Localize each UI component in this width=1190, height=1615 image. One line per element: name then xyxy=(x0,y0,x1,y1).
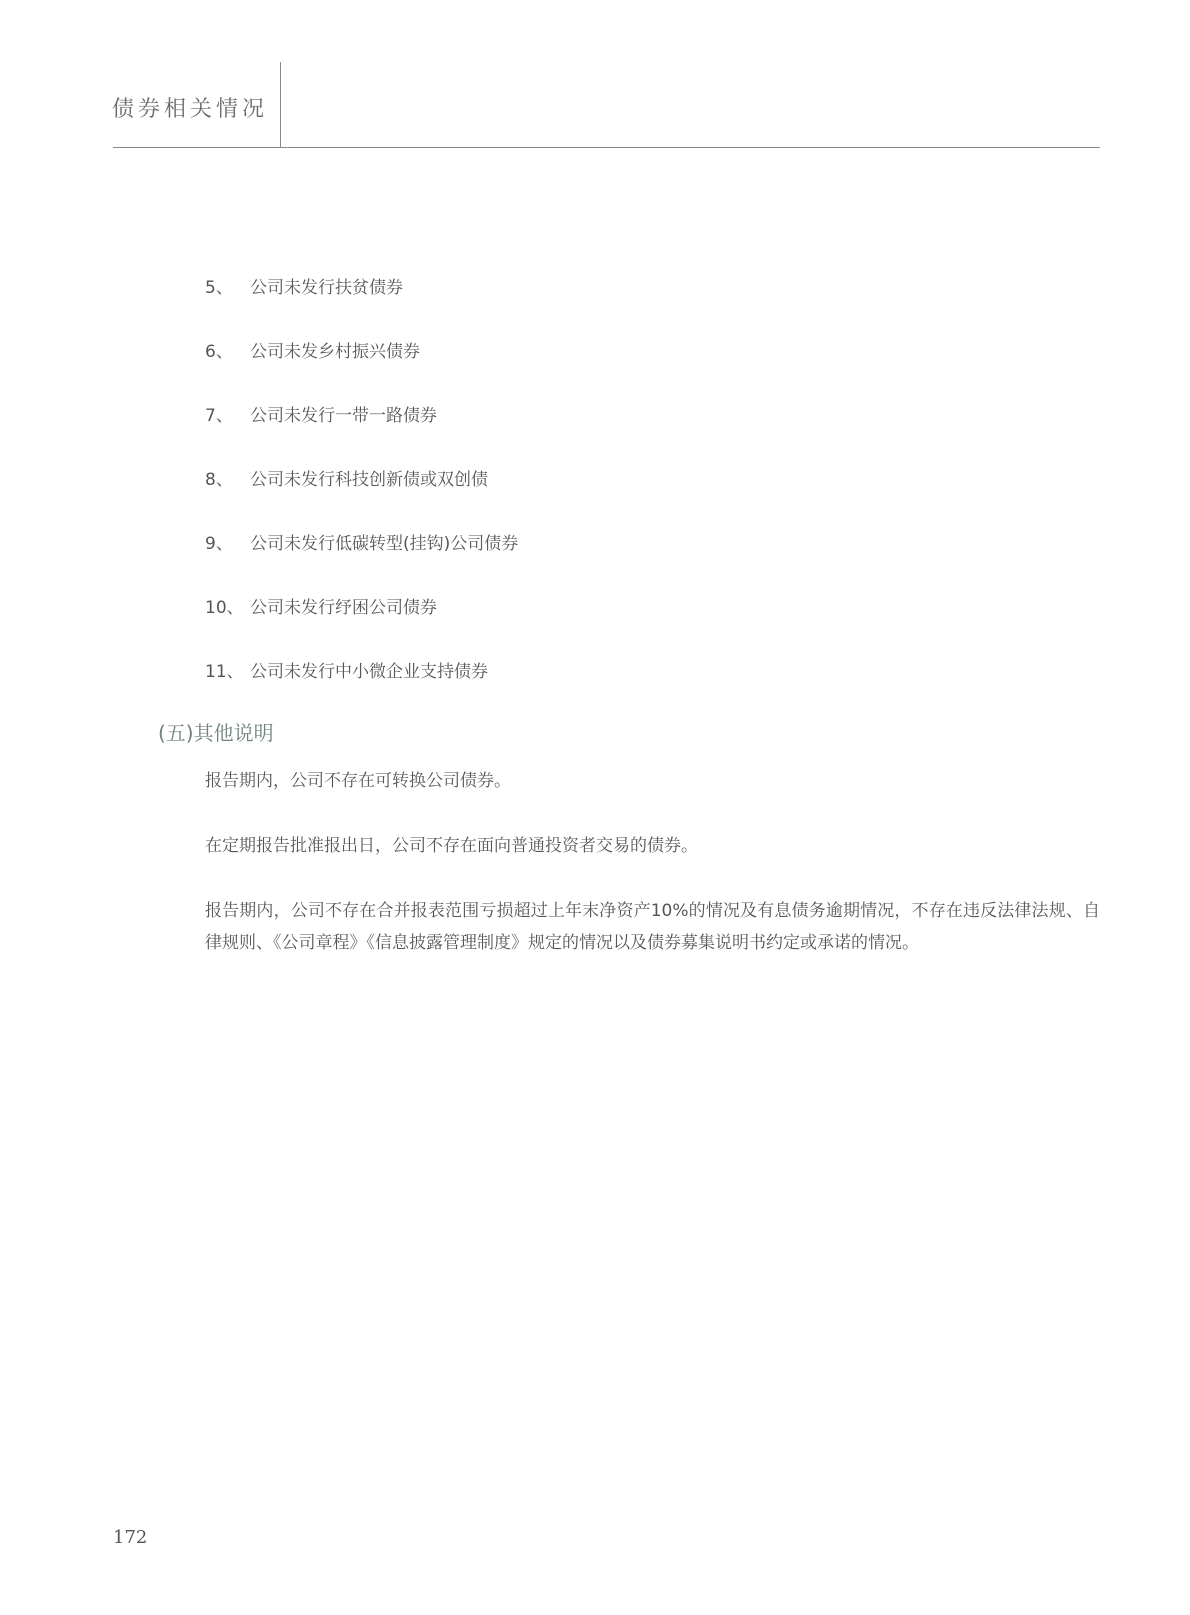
section-heading: (五)其他说明 xyxy=(158,719,274,747)
list-item: 8、 公司未发行科技创新债或双创债 xyxy=(205,468,518,532)
list-item: 11、 公司未发行中小微企业支持债券 xyxy=(205,660,518,724)
list-item: 5、 公司未发行扶贫债券 xyxy=(205,276,518,340)
page-number: 172 xyxy=(113,1527,147,1548)
bond-type-list: 5、 公司未发行扶贫债券 6、 公司未发乡村振兴债券 7、 公司未发行一带一路债… xyxy=(205,276,518,724)
list-item-number: 10、 xyxy=(205,596,250,620)
list-item: 6、 公司未发乡村振兴债券 xyxy=(205,340,518,404)
header-divider-vertical xyxy=(280,62,281,148)
paragraph-compliance: 报告期内，公司不存在合并报表范围亏损超过上年末净资产10%的情况及有息债务逾期情… xyxy=(205,895,1100,959)
list-item-number: 6、 xyxy=(205,340,250,364)
list-item-label: 公司未发行中小微企业支持债券 xyxy=(250,660,488,684)
list-item-label: 公司未发行纾困公司债券 xyxy=(250,596,437,620)
list-item: 10、 公司未发行纾困公司债券 xyxy=(205,596,518,660)
header-title: 债券相关情况 xyxy=(112,92,268,123)
list-item-label: 公司未发行扶贫债券 xyxy=(250,276,403,300)
list-item-number: 11、 xyxy=(205,660,250,684)
list-item-label: 公司未发行科技创新债或双创债 xyxy=(250,468,488,492)
header-divider-horizontal xyxy=(113,147,1100,148)
list-item-label: 公司未发行一带一路债券 xyxy=(250,404,437,428)
list-item-number: 8、 xyxy=(205,468,250,492)
list-item: 7、 公司未发行一带一路债券 xyxy=(205,404,518,468)
list-item-number: 9、 xyxy=(205,532,250,556)
list-item: 9、 公司未发行低碳转型(挂钩)公司债券 xyxy=(205,532,518,596)
list-item-number: 7、 xyxy=(205,404,250,428)
paragraph-public-investor-bonds: 在定期报告批准报出日，公司不存在面向普通投资者交易的债券。 xyxy=(205,830,1100,862)
paragraph-convertible-bonds: 报告期内，公司不存在可转换公司债券。 xyxy=(205,765,1100,797)
list-item-label: 公司未发行低碳转型(挂钩)公司债券 xyxy=(250,532,518,556)
list-item-label: 公司未发乡村振兴债券 xyxy=(250,340,420,364)
list-item-number: 5、 xyxy=(205,276,250,300)
